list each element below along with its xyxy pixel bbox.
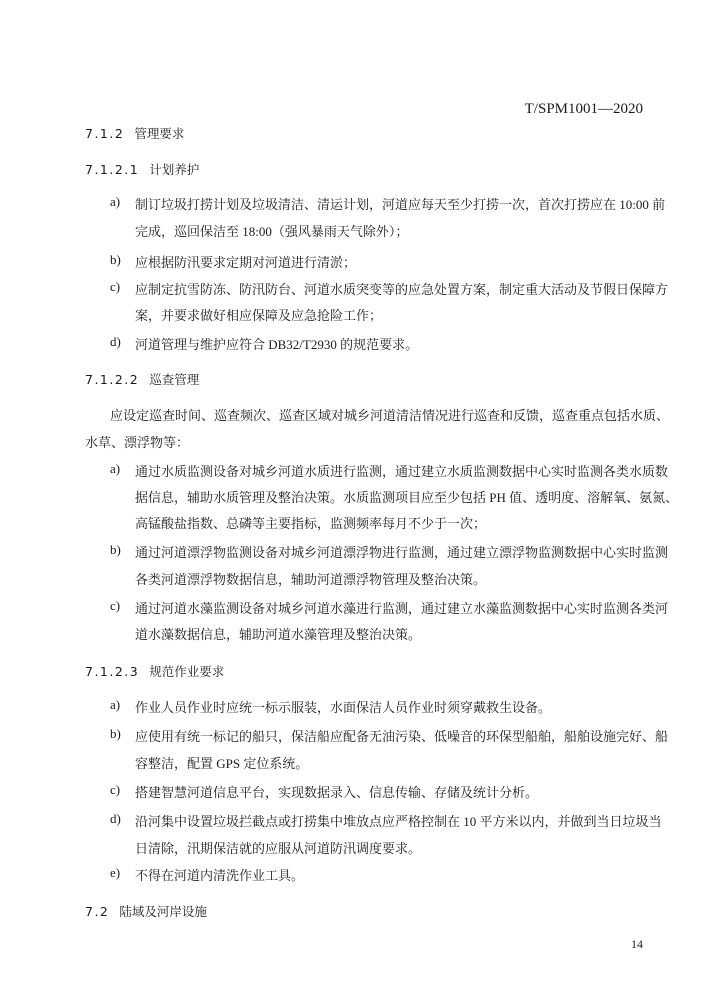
list-item-line: 案，并要求做好相应保障及应急抢险工作； <box>135 305 645 324</box>
list-item-line: 作业人员作业时应统一标示服装，水面保洁人员作业时须穿戴救生设备。 <box>135 697 645 716</box>
list-item-line: 不得在河道内清洗作业工具。 <box>135 865 645 884</box>
list-label: a) <box>110 697 120 713</box>
list-item-line: 通过河道漂浮物监测设备对城乡河道漂浮物进行监测，通过建立漂浮物监测数据中心实时监… <box>135 542 645 561</box>
section-title: 巡查管理 <box>149 372 199 387</box>
list-item-line: 通过水质监测设备对城乡河道水质进行监测，通过建立水质监测数据中心实时监测各类水质… <box>135 461 645 480</box>
section-title: 管理要求 <box>134 126 184 141</box>
list-item-line: 据信息，辅助水质管理及整治决策。水质监测项目应至少包括 PH 值、透明度、溶解氧… <box>135 487 645 506</box>
list-item-line: 沿河集中设置垃圾拦截点或打捞集中堆放点应严格控制在 10 平方米以内，并做到当日… <box>135 811 645 830</box>
list-label: e) <box>110 865 120 881</box>
section-number: 7.1.2.1 <box>85 162 139 177</box>
list-item-line: 搭建智慧河道信息平台，实现数据录入、信息传输、存储及统计分析。 <box>135 782 645 801</box>
section-title: 计划养护 <box>149 162 199 177</box>
list-label: b) <box>110 726 121 742</box>
section-heading-7-1-2-2: 7.1.2.2巡查管理 <box>85 370 199 388</box>
list-item-line: 应使用有统一标记的船只，保洁船应配备无油污染、低噪音的环保型船舶，船舶设施完好、… <box>135 726 645 745</box>
list-label: a) <box>110 194 120 210</box>
list-item-line: 通过河道水藻监测设备对城乡河道水藻进行监测，通过建立水藻监测数据中心实时监测各类… <box>135 598 645 617</box>
section-number: 7.2 <box>85 904 109 919</box>
list-item-line: 河道管理与维护应符合 DB32/T2930 的规范要求。 <box>135 334 645 353</box>
section-number: 7.1.2.3 <box>85 664 139 679</box>
list-label: d) <box>110 811 121 827</box>
page-number: 14 <box>631 937 643 952</box>
section-heading-7-1-2-1: 7.1.2.1计划养护 <box>85 160 199 178</box>
paragraph-line: 应设定巡查时间、巡查频次、巡查区域对城乡河道清洁情况进行巡查和反馈，巡查重点包括… <box>110 405 645 424</box>
list-item-line: 制订垃圾打捞计划及垃圾清洁、清运计划，河道应每天至少打捞一次，首次打捞应在 10… <box>135 194 645 213</box>
section-number: 7.1.2.2 <box>85 372 139 387</box>
list-label: c) <box>110 782 120 798</box>
list-item-line: 应根据防汛要求定期对河道进行清淤； <box>135 252 645 271</box>
list-label: c) <box>110 279 120 295</box>
list-label: b) <box>110 542 121 558</box>
list-item-line: 道水藻数据信息，辅助河道水藻管理及整治决策。 <box>135 624 645 643</box>
list-label: d) <box>110 334 121 350</box>
list-label: b) <box>110 252 121 268</box>
document-id: T/SPM1001—2020 <box>525 101 643 118</box>
list-item-line: 应制定抗雪防冻、防汛防台、河道水质突变等的应急处置方案，制定重大活动及节假日保障… <box>135 279 645 298</box>
section-title: 陆域及河岸设施 <box>119 904 207 919</box>
paragraph-line: 水草、漂浮物等： <box>85 432 189 451</box>
section-number: 7.1.2 <box>85 126 124 141</box>
section-title: 规范作业要求 <box>149 664 224 679</box>
section-heading-7-2: 7.2陆域及河岸设施 <box>85 902 207 920</box>
list-item-line: 各类河道漂浮物数据信息，辅助河道漂浮物管理及整治决策。 <box>135 569 645 588</box>
list-label: a) <box>110 461 120 477</box>
list-item-line: 高锰酸盐指数、总磷等主要指标，监测频率每月不少于一次； <box>135 513 645 532</box>
section-heading-7-1-2: 7.1.2管理要求 <box>85 124 184 142</box>
list-item-line: 容整洁，配置 GPS 定位系统。 <box>135 753 645 772</box>
list-item-line: 日清除，汛期保洁就的应服从河道防汛调度要求。 <box>135 838 645 857</box>
list-item-line: 完成，巡回保洁至 18:00（强风暴雨天气除外）； <box>135 221 645 240</box>
list-label: c) <box>110 598 120 614</box>
section-heading-7-1-2-3: 7.1.2.3规范作业要求 <box>85 662 224 680</box>
